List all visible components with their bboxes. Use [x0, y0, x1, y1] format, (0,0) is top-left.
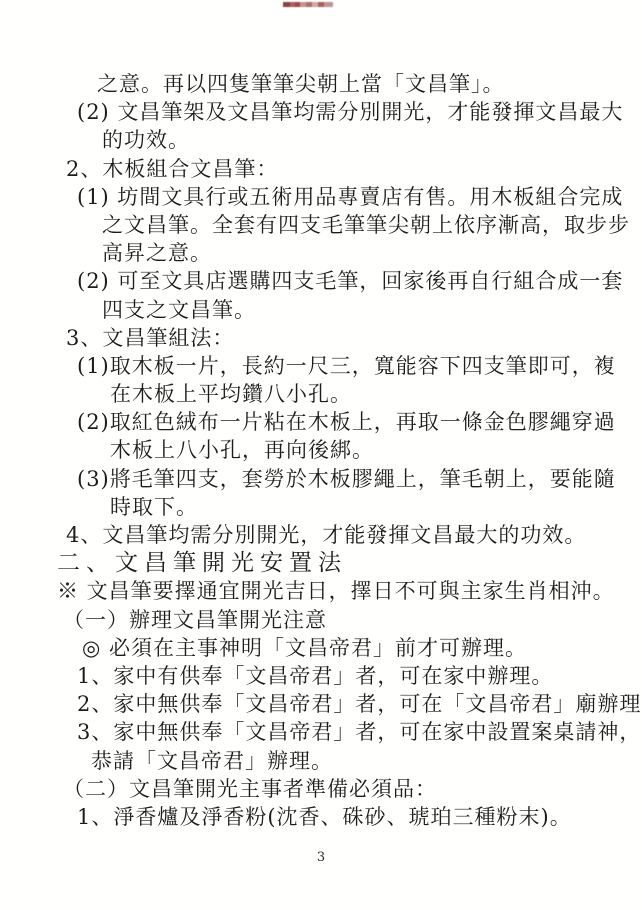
text-line: 之意。再以四隻筆筆尖朝上當「文昌筆」。	[0, 70, 642, 98]
text-line: （二）文昌筆開光主事者準備必須品：	[0, 775, 642, 803]
text-line: 在木板上平均鑽八小孔。	[0, 380, 642, 408]
text-line: 的功效。	[0, 126, 642, 154]
text-line: (2)取紅色絨布一片粘在木板上，再取一條金色膠繩穿過	[0, 408, 642, 436]
text-line: ※ 文昌筆要擇通宜開光吉日，擇日不可與主家生肖相沖。	[0, 577, 642, 605]
document-page: 之意。再以四隻筆筆尖朝上當「文昌筆」。(2) 文昌筆架及文昌筆均需分別開光，才能…	[0, 0, 642, 910]
text-line: 1、淨香爐及淨香粉(沈香、硃砂、琥珀三種粉末)。	[0, 803, 642, 831]
text-line: (1)取木板一片，長約一尺三，寬能容下四支筆即可，複	[0, 352, 642, 380]
text-line: (1) 坊間文具行或五術用品專賣店有售。用木板組合完成	[0, 183, 642, 211]
text-line: 3、文昌筆組法：	[0, 324, 642, 352]
text-line: (2) 可至文具店選購四支毛筆，回家後再自行組合成一套	[0, 267, 642, 295]
text-line: 之文昌筆。全套有四支毛筆筆尖朝上依序漸高，取步步	[0, 211, 642, 239]
text-line: 3、家中無供奉「文昌帝君」者，可在家中設置案桌請神，	[0, 718, 642, 746]
text-line: 四支之文昌筆。	[0, 296, 642, 324]
red-watermark-mark	[283, 2, 333, 7]
text-line: ◎ 必須在主事神明「文昌帝君」前才可辦理。	[0, 634, 642, 662]
document-body: 之意。再以四隻筆筆尖朝上當「文昌筆」。(2) 文昌筆架及文昌筆均需分別開光，才能…	[0, 70, 642, 831]
text-line: 高昇之意。	[0, 239, 642, 267]
text-line: (3)將毛筆四支，套勞於木板膠繩上，筆毛朝上，要能隨	[0, 465, 642, 493]
text-line: 二、文昌筆開光安置法	[0, 549, 642, 577]
text-line: 恭請「文昌帝君」辦理。	[0, 747, 642, 775]
page-number: 3	[0, 850, 642, 865]
text-line: 時取下。	[0, 493, 642, 521]
text-line: 2、家中無供奉「文昌帝君」者，可在「文昌帝君」廟辦理。	[0, 690, 642, 718]
text-line: 2、木板組合文昌筆：	[0, 155, 642, 183]
text-line: 4、文昌筆均需分別開光，才能發揮文昌最大的功效。	[0, 521, 642, 549]
text-line: 1、家中有供奉「文昌帝君」者，可在家中辦理。	[0, 662, 642, 690]
text-line: (2) 文昌筆架及文昌筆均需分別開光，才能發揮文昌最大	[0, 98, 642, 126]
text-line: （一）辦理文昌筆開光注意	[0, 606, 642, 634]
text-line: 木板上八小孔，再向後綁。	[0, 436, 642, 464]
